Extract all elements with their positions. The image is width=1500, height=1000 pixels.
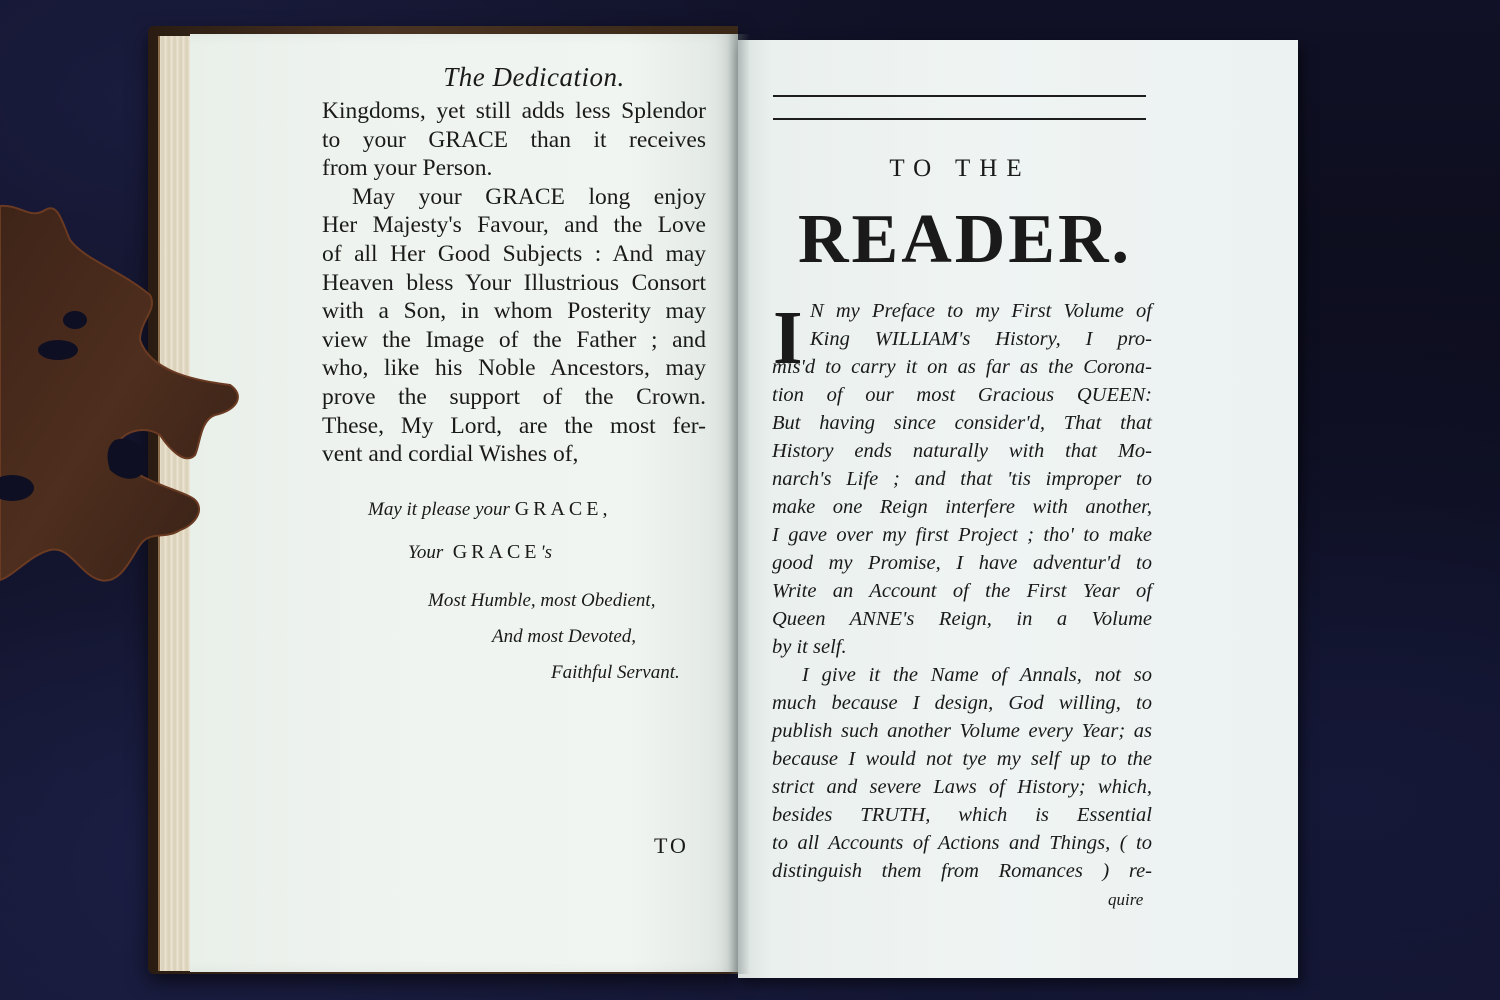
text-line: of all Her Good Subjects : And may <box>322 240 706 269</box>
closing-line-3: Most Humble, most Obedient, <box>428 590 655 612</box>
text-line: by it self. <box>772 633 1152 661</box>
book-gutter <box>728 34 750 974</box>
text-line: publish such another Volume every Year; … <box>772 717 1152 745</box>
closing-line-4: And most Devoted, <box>492 626 636 648</box>
text-line: mis'd to carry it on as far as the Coron… <box>772 353 1152 381</box>
text-line: tion of our most Gracious QUEEN: <box>772 381 1152 409</box>
text-line: Kingdoms, yet still adds less Splendor <box>322 97 706 126</box>
text-line: from your Person. <box>322 154 706 183</box>
text-line: N my Preface to my First Volume of <box>772 297 1152 325</box>
possessive-suffix: 's <box>541 542 552 563</box>
heading-to-the: TO THE <box>760 155 1160 183</box>
text-line: Write an Account of the First Year of <box>772 577 1152 605</box>
salutation-text: May it please your <box>368 499 510 520</box>
text-line: view the Image of the Father ; and <box>322 326 706 355</box>
text-line: much because I design, God willing, to <box>772 689 1152 717</box>
text-line: good my Promise, I have adventur'd to <box>772 549 1152 577</box>
text-line: King WILLIAM's History, I pro- <box>772 325 1152 353</box>
text-line: because I would not tye my self up to th… <box>772 745 1152 773</box>
text-line: I gave over my first Project ; tho' to m… <box>772 521 1152 549</box>
reader-paragraph-2: I give it the Name of Annals, not so muc… <box>772 661 1152 885</box>
text-line: strict and severe Laws of History; which… <box>772 773 1152 801</box>
top-rule <box>773 95 1146 97</box>
text-line: Queen ANNE's Reign, in a Volume <box>772 605 1152 633</box>
text-line: to your GRACE than it receives <box>322 126 706 155</box>
text-line: vent and cordial Wishes of, <box>322 440 706 469</box>
text-line: These, My Lord, are the most fer- <box>322 412 706 441</box>
catchword-right: quire <box>1108 890 1143 910</box>
ornament-hole <box>63 311 87 329</box>
reader-paragraph-1: N my Preface to my First Volume of King … <box>772 297 1152 661</box>
text-line: prove the support of the Crown. <box>322 383 706 412</box>
closing-signature: Faithful Servant. <box>551 662 680 684</box>
text-line: to all Accounts of Actions and Things, (… <box>772 829 1152 857</box>
text-line: make one Reign interfere with another, <box>772 493 1152 521</box>
left-page-text: The Dedication. Kingdoms, yet still adds… <box>322 62 706 469</box>
right-page-text: N my Preface to my First Volume of King … <box>772 297 1152 885</box>
text-line: History ends naturally with that Mo- <box>772 437 1152 465</box>
text-line: I give it the Name of Annals, not so <box>772 661 1152 689</box>
text-line: Her Majesty's Favour, and the Love <box>322 211 706 240</box>
copper-ornament <box>0 200 245 590</box>
ornament-hole <box>108 439 148 479</box>
text-line: narch's Life ; and that 'tis improper to <box>772 465 1152 493</box>
salutation-caps: GRACE, <box>515 498 612 520</box>
closing-your-grace: Your GRACE's <box>408 541 552 564</box>
ornament-hole <box>38 340 78 360</box>
text-line: besides TRUTH, which is Essential <box>772 801 1152 829</box>
text-line: with a Son, in whom Posterity may <box>322 297 706 326</box>
your-grace-caps: GRACE <box>453 541 541 563</box>
second-rule <box>773 118 1146 120</box>
catchword-left: TO <box>654 833 689 859</box>
dedication-paragraph-2: May your GRACE long enjoy Her Majesty's … <box>322 183 706 469</box>
text-line: May your GRACE long enjoy <box>322 183 706 212</box>
text-line: distinguish them from Romances ) re- <box>772 857 1152 885</box>
text-line: Heaven bless Your Illustrious Consort <box>322 269 706 298</box>
running-head: The Dedication. <box>362 62 706 93</box>
dedication-paragraph-1: Kingdoms, yet still adds less Splendor t… <box>322 97 706 183</box>
text-line: But having since consider'd, That that <box>772 409 1152 437</box>
text-line: who, like his Noble Ancestors, may <box>322 354 706 383</box>
closing-salutation: May it please your GRACE, <box>368 498 611 521</box>
heading-reader: READER. <box>770 205 1160 275</box>
your-text: Your <box>408 542 443 563</box>
